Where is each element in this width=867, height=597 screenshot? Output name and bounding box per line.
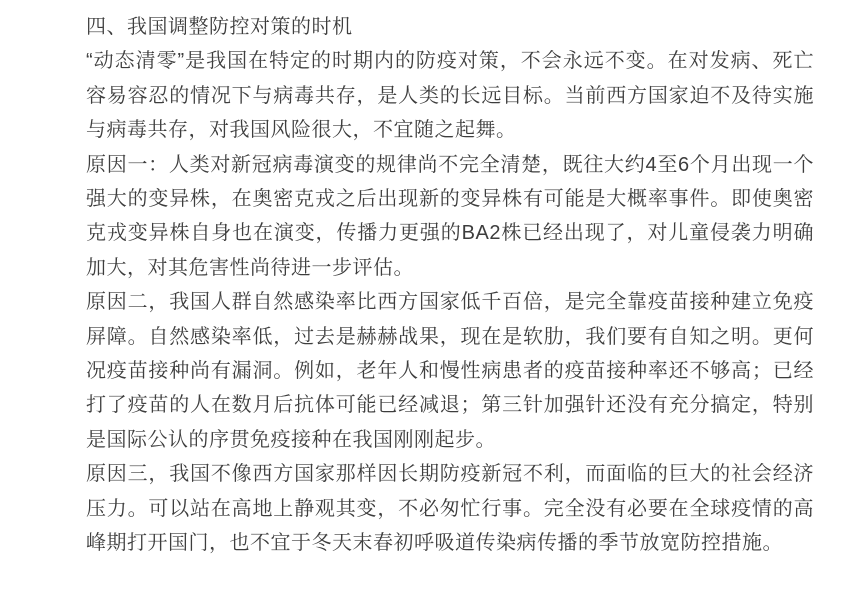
paragraph-dynamic-zero: “动态清零”是我国在特定的时期内的防疫对策，不会永远不变。在对发病、死亡容易容忍… [86,44,814,147]
document-body: 四、我国调整防控对策的时机 “动态清零”是我国在特定的时期内的防疫对策，不会永远… [86,10,814,561]
section-heading: 四、我国调整防控对策的时机 [86,10,814,44]
paragraph-reason-three: 原因三，我国不像西方国家那样因长期防疫新冠不利，而面临的巨大的社会经济压力。可以… [86,457,814,560]
document-page: 四、我国调整防控对策的时机 “动态清零”是我国在特定的时期内的防疫对策，不会永远… [0,0,867,597]
paragraph-reason-two: 原因二，我国人群自然感染率比西方国家低千百倍，是完全靠疫苗接种建立免疫屏障。自然… [86,285,814,457]
paragraph-reason-one: 原因一：人类对新冠病毒演变的规律尚不完全清楚，既往大约4至6个月出现一个强大的变… [86,148,814,286]
